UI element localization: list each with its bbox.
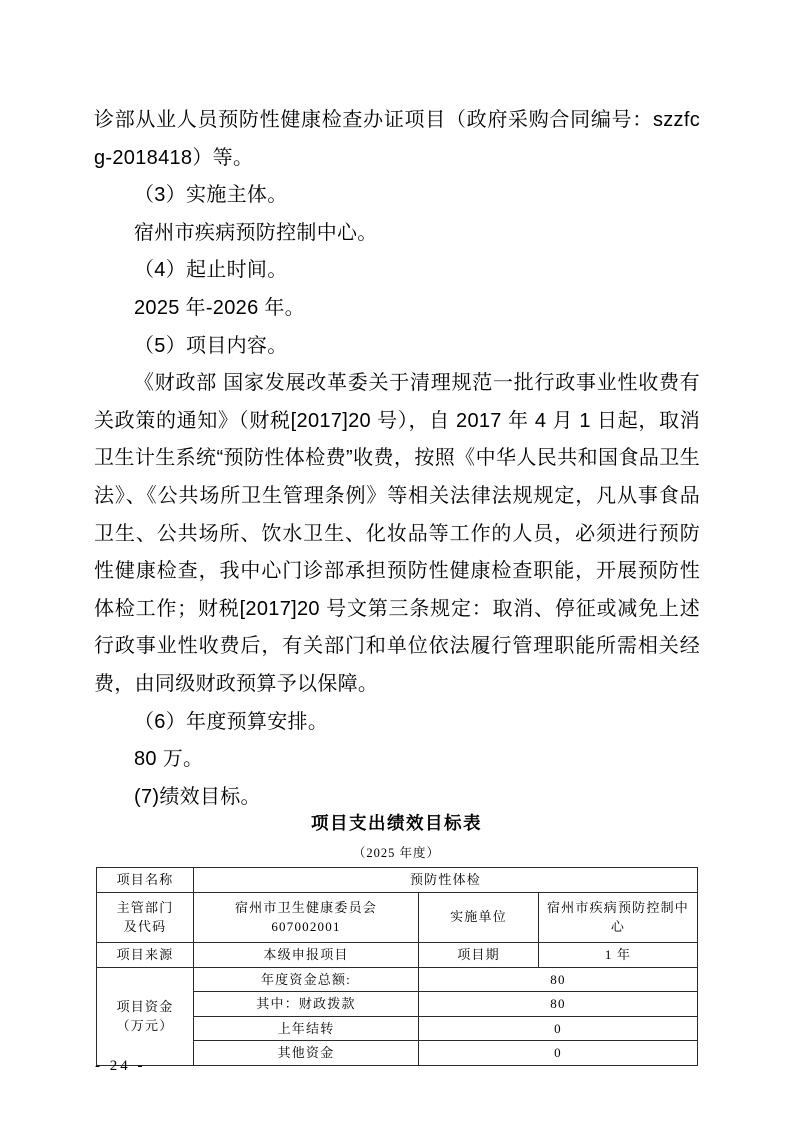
impl-unit-label: 实施单位 (419, 892, 539, 942)
funding-fiscal-value: 80 (419, 992, 698, 1017)
table-row: 主管部门 及代码 宿州市卫生健康委员会 607002001 实施单位 宿州市疾病… (97, 892, 698, 942)
table-title: 项目支出绩效目标表 (96, 813, 697, 833)
table-row: 项目名称 预防性体检 (97, 868, 698, 893)
performance-table-section: 项目支出绩效目标表 （2025 年度） 项目名称 预防性体检 主管部门 及代码 … (96, 813, 697, 1066)
project-funds-label: 项目资金 （万元） (97, 967, 194, 1065)
table-row: 项目来源 本级申报项目 项目期 1 年 (97, 942, 698, 967)
performance-target-table: 项目名称 预防性体检 主管部门 及代码 宿州市卫生健康委员会 607002001… (96, 867, 698, 1066)
body-paragraph: 《财政部 国家发展改革委关于清理规范一批行政事业性收费有关政策的通知》（财税[2… (94, 365, 700, 703)
project-name-label: 项目名称 (97, 868, 194, 893)
table-row: 项目资金 （万元） 年度资金总额: 80 (97, 967, 698, 992)
document-page: 诊部从业人员预防性健康检查办证项目（政府采购合同编号：szzfcg-201841… (0, 0, 793, 1122)
body-paragraph: 诊部从业人员预防性健康检查办证项目（政府采购合同编号：szzfcg-201841… (94, 102, 700, 177)
impl-unit-value: 宿州市疾病预防控制中心 (539, 892, 698, 942)
funding-carryover-label: 上年结转 (194, 1016, 419, 1041)
dept-code-label: 主管部门 及代码 (97, 892, 194, 942)
body-paragraph: 宿州市疾病预防控制中心。 (94, 215, 700, 253)
dept-code-value: 宿州市卫生健康委员会 607002001 (194, 892, 419, 942)
funding-fiscal-label: 其中：财政拨款 (194, 992, 419, 1017)
project-period-value: 1 年 (539, 942, 698, 967)
project-source-value: 本级申报项目 (194, 942, 419, 967)
page-number: - 24 - (95, 1058, 146, 1075)
project-period-label: 项目期 (419, 942, 539, 967)
funding-total-value: 80 (419, 967, 698, 992)
body-paragraph: 80 万。 (94, 741, 700, 779)
funding-carryover-value: 0 (419, 1016, 698, 1041)
funding-total-label: 年度资金总额: (194, 967, 419, 992)
body-paragraph: (7)绩效目标。 (94, 779, 700, 817)
body-paragraph: （4）起止时间。 (94, 252, 700, 290)
body-text: 诊部从业人员预防性健康检查办证项目（政府采购合同编号：szzfcg-201841… (94, 102, 700, 816)
table-subtitle: （2025 年度） (96, 846, 697, 860)
funding-other-label: 其他资金 (194, 1041, 419, 1066)
body-paragraph: （3）实施主体。 (94, 177, 700, 215)
project-name-value: 预防性体检 (194, 868, 698, 893)
body-paragraph: （6）年度预算安排。 (94, 704, 700, 742)
body-paragraph: （5）项目内容。 (94, 328, 700, 366)
funding-other-value: 0 (419, 1041, 698, 1066)
project-source-label: 项目来源 (97, 942, 194, 967)
body-paragraph: 2025 年-2026 年。 (94, 290, 700, 328)
